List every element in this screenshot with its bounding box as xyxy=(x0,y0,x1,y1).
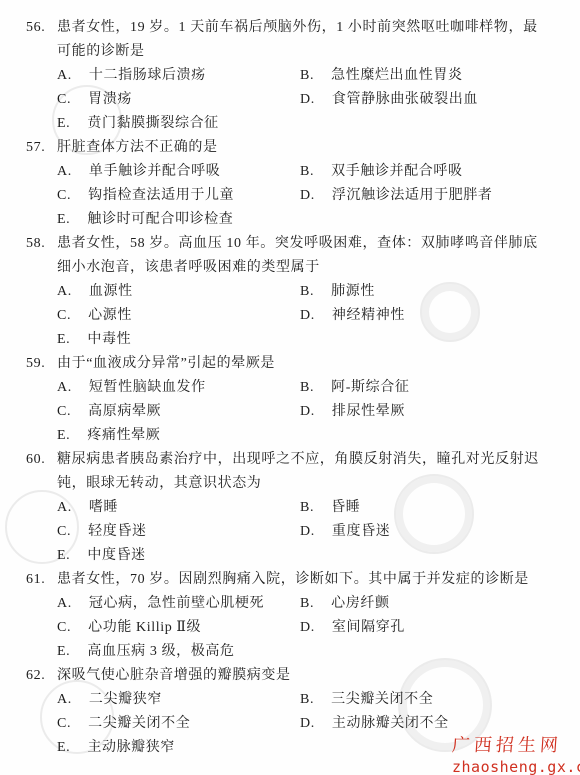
option-text: 阿-斯综合征 xyxy=(331,380,409,395)
option-label: D. xyxy=(300,184,315,208)
option-label: E. xyxy=(57,640,70,664)
option-label: D. xyxy=(300,88,315,112)
option-text: 心房纤颤 xyxy=(331,596,389,611)
option-text: 触诊时可配合叩诊检查 xyxy=(87,212,233,227)
option-label: C. xyxy=(57,304,71,328)
option-label: D. xyxy=(300,304,315,328)
option-text: 钩指检查法适用于儿童 xyxy=(88,188,234,203)
option-text: 血源性 xyxy=(89,284,133,299)
answer-option: D. 重度昏迷 xyxy=(300,520,546,544)
answer-option: C. 高原病晕厥 xyxy=(57,400,300,424)
answer-option: C. 钩指检查法适用于儿童 xyxy=(57,184,300,208)
question-list: 56. 患者女性，19 岁。1 天前车祸后颅脑外伤，1 小时前突然呕吐咖啡样物，… xyxy=(0,16,580,760)
answer-option: C. 心功能 Killip Ⅱ级 xyxy=(57,616,300,640)
answer-option: B. 三尖瓣关闭不全 xyxy=(300,688,546,712)
option-label: A. xyxy=(57,496,72,520)
option-label: E. xyxy=(57,328,70,352)
question-number: 56. xyxy=(26,16,45,40)
answer-option: E. 高血压病 3 级，极高危 xyxy=(57,640,300,664)
option-text: 主动脉瓣关闭不全 xyxy=(332,716,449,731)
question: 58. 患者女性，58 岁。高血压 10 年。突发呼吸困难，查体：双肺哮鸣音伴肺… xyxy=(0,232,580,352)
answer-option: A. 二尖瓣狭窄 xyxy=(57,688,300,712)
option-label: B. xyxy=(300,280,314,304)
question-stem: 糖尿病患者胰岛素治疗中，出现呼之不应，角膜反射消失，瞳孔对光反射迟钝，眼球无转动… xyxy=(57,452,539,491)
answer-option: A. 冠心病，急性前壁心肌梗死 xyxy=(57,592,300,616)
question-stem: 深吸气使心脏杂音增强的瓣膜病变是 xyxy=(57,668,291,683)
option-label: C. xyxy=(57,400,71,424)
option-label: B. xyxy=(300,160,314,184)
site-watermark: 广西招生网 zhaosheng.gx.cn xyxy=(452,731,580,775)
answer-option: E. 中毒性 xyxy=(57,328,300,352)
option-text: 高血压病 3 级，极高危 xyxy=(87,644,234,659)
option-text: 疼痛性晕厥 xyxy=(87,428,160,443)
option-text: 食管静脉曲张破裂出血 xyxy=(332,92,478,107)
question-number: 60. xyxy=(26,448,45,472)
answer-option: C. 二尖瓣关闭不全 xyxy=(57,712,300,736)
option-text: 单手触诊并配合呼吸 xyxy=(89,164,220,179)
answer-option: C. 心源性 xyxy=(57,304,300,328)
options: A. 血源性 B. 肺源性 C. 心源性 D. 神经精神性 E. 中毒性 xyxy=(57,280,546,352)
option-label: B. xyxy=(300,64,314,88)
option-label: B. xyxy=(300,496,314,520)
question: 57. 肝脏查体方法不正确的是 A. 单手触诊并配合呼吸 B. 双手触诊并配合呼… xyxy=(0,136,580,232)
option-label: C. xyxy=(57,712,71,736)
option-text: 昏睡 xyxy=(331,500,360,515)
option-label: B. xyxy=(300,688,314,712)
option-label: C. xyxy=(57,616,71,640)
answer-option: A. 短暂性脑缺血发作 xyxy=(57,376,300,400)
option-text: 嗜睡 xyxy=(89,500,118,515)
question-stem: 患者女性，70 岁。因剧烈胸痛入院，诊断如下。其中属于并发症的诊断是 xyxy=(57,572,529,587)
option-label: E. xyxy=(57,544,70,568)
option-label: E. xyxy=(57,736,70,760)
option-text: 二尖瓣关闭不全 xyxy=(88,716,190,731)
option-text: 中毒性 xyxy=(87,332,131,347)
question: 61. 患者女性，70 岁。因剧烈胸痛入院，诊断如下。其中属于并发症的诊断是 A… xyxy=(0,568,580,664)
option-text: 贲门黏膜撕裂综合征 xyxy=(87,116,218,131)
option-text: 急性糜烂出血性胃炎 xyxy=(331,68,462,83)
option-label: E. xyxy=(57,112,70,136)
option-label: A. xyxy=(57,160,72,184)
option-label: E. xyxy=(57,208,70,232)
option-text: 心源性 xyxy=(88,308,132,323)
answer-option: B. 急性糜烂出血性胃炎 xyxy=(300,64,546,88)
answer-option: B. 阿-斯综合征 xyxy=(300,376,546,400)
answer-option: C. 轻度昏迷 xyxy=(57,520,300,544)
option-text: 主动脉瓣狭窄 xyxy=(87,740,175,755)
answer-option: A. 嗜睡 xyxy=(57,496,300,520)
option-text: 胃溃疡 xyxy=(88,92,132,107)
option-label: A. xyxy=(57,64,72,88)
option-label: D. xyxy=(300,712,315,736)
site-watermark-name: 广西招生网 xyxy=(451,731,580,757)
answer-option: D. 食管静脉曲张破裂出血 xyxy=(300,88,546,112)
answer-option: D. 室间隔穿孔 xyxy=(300,616,546,640)
option-label: B. xyxy=(300,376,314,400)
question-stem: 肝脏查体方法不正确的是 xyxy=(57,140,218,155)
option-label: D. xyxy=(300,520,315,544)
option-text: 排尿性晕厥 xyxy=(332,404,405,419)
option-text: 轻度昏迷 xyxy=(88,524,146,539)
options: A. 短暂性脑缺血发作 B. 阿-斯综合征 C. 高原病晕厥 D. 排尿性晕厥 … xyxy=(57,376,546,448)
option-text: 浮沉触诊法适用于肥胖者 xyxy=(332,188,493,203)
option-text: 神经精神性 xyxy=(332,308,405,323)
answer-option: B. 心房纤颤 xyxy=(300,592,546,616)
question-number: 58. xyxy=(26,232,45,256)
question-number: 57. xyxy=(26,136,45,160)
option-label: E. xyxy=(57,424,70,448)
answer-option: D. 浮沉触诊法适用于肥胖者 xyxy=(300,184,546,208)
option-text: 双手触诊并配合呼吸 xyxy=(331,164,462,179)
option-label: C. xyxy=(57,88,71,112)
option-label: C. xyxy=(57,520,71,544)
question-number: 61. xyxy=(26,568,45,592)
option-text: 短暂性脑缺血发作 xyxy=(89,380,206,395)
option-text: 高原病晕厥 xyxy=(88,404,161,419)
answer-option: B. 双手触诊并配合呼吸 xyxy=(300,160,546,184)
option-text: 冠心病，急性前壁心肌梗死 xyxy=(89,596,264,611)
option-text: 室间隔穿孔 xyxy=(332,620,405,635)
option-text: 三尖瓣关闭不全 xyxy=(331,692,433,707)
option-label: D. xyxy=(300,616,315,640)
option-label: A. xyxy=(57,280,72,304)
option-text: 十二指肠球后溃疡 xyxy=(89,68,206,83)
answer-option: E. 贲门黏膜撕裂综合征 xyxy=(57,112,300,136)
option-label: A. xyxy=(57,688,72,712)
option-text: 二尖瓣狭窄 xyxy=(89,692,162,707)
question-number: 59. xyxy=(26,352,45,376)
answer-option: A. 十二指肠球后溃疡 xyxy=(57,64,300,88)
answer-option: E. 主动脉瓣狭窄 xyxy=(57,736,300,760)
options: A. 十二指肠球后溃疡 B. 急性糜烂出血性胃炎 C. 胃溃疡 D. 食管静脉曲… xyxy=(57,64,546,136)
question: 56. 患者女性，19 岁。1 天前车祸后颅脑外伤，1 小时前突然呕吐咖啡样物，… xyxy=(0,16,580,136)
question-stem: 由于“血液成分异常”引起的晕厥是 xyxy=(57,356,275,371)
answer-option: C. 胃溃疡 xyxy=(57,88,300,112)
option-text: 肺源性 xyxy=(331,284,375,299)
answer-option: A. 血源性 xyxy=(57,280,300,304)
options: A. 单手触诊并配合呼吸 B. 双手触诊并配合呼吸 C. 钩指检查法适用于儿童 … xyxy=(57,160,546,232)
answer-option: E. 中度昏迷 xyxy=(57,544,300,568)
answer-option: D. 排尿性晕厥 xyxy=(300,400,546,424)
question-stem: 患者女性，58 岁。高血压 10 年。突发呼吸困难，查体：双肺哮鸣音伴肺底细小水… xyxy=(57,236,538,275)
question-stem: 患者女性，19 岁。1 天前车祸后颅脑外伤，1 小时前突然呕吐咖啡样物，最可能的… xyxy=(57,20,538,59)
option-text: 中度昏迷 xyxy=(87,548,145,563)
answer-option: E. 触诊时可配合叩诊检查 xyxy=(57,208,300,232)
exam-page: 56. 患者女性，19 岁。1 天前车祸后颅脑外伤，1 小时前突然呕吐咖啡样物，… xyxy=(0,0,580,775)
option-label: A. xyxy=(57,592,72,616)
option-text: 心功能 Killip Ⅱ级 xyxy=(88,620,201,635)
options: A. 冠心病，急性前壁心肌梗死 B. 心房纤颤 C. 心功能 Killip Ⅱ级… xyxy=(57,592,546,664)
option-label: D. xyxy=(300,400,315,424)
option-label: A. xyxy=(57,376,72,400)
option-label: C. xyxy=(57,184,71,208)
answer-option: E. 疼痛性晕厥 xyxy=(57,424,300,448)
question-number: 62. xyxy=(26,664,45,688)
answer-option: D. 神经精神性 xyxy=(300,304,546,328)
options: A. 嗜睡 B. 昏睡 C. 轻度昏迷 D. 重度昏迷 E. 中度昏迷 xyxy=(57,496,546,568)
answer-option: B. 昏睡 xyxy=(300,496,546,520)
option-text: 重度昏迷 xyxy=(332,524,390,539)
answer-option: A. 单手触诊并配合呼吸 xyxy=(57,160,300,184)
question: 59. 由于“血液成分异常”引起的晕厥是 A. 短暂性脑缺血发作 B. 阿-斯综… xyxy=(0,352,580,448)
option-label: B. xyxy=(300,592,314,616)
question: 60. 糖尿病患者胰岛素治疗中，出现呼之不应，角膜反射消失，瞳孔对光反射迟钝，眼… xyxy=(0,448,580,568)
site-watermark-url: zhaosheng.gx.cn xyxy=(452,758,580,775)
answer-option: B. 肺源性 xyxy=(300,280,546,304)
